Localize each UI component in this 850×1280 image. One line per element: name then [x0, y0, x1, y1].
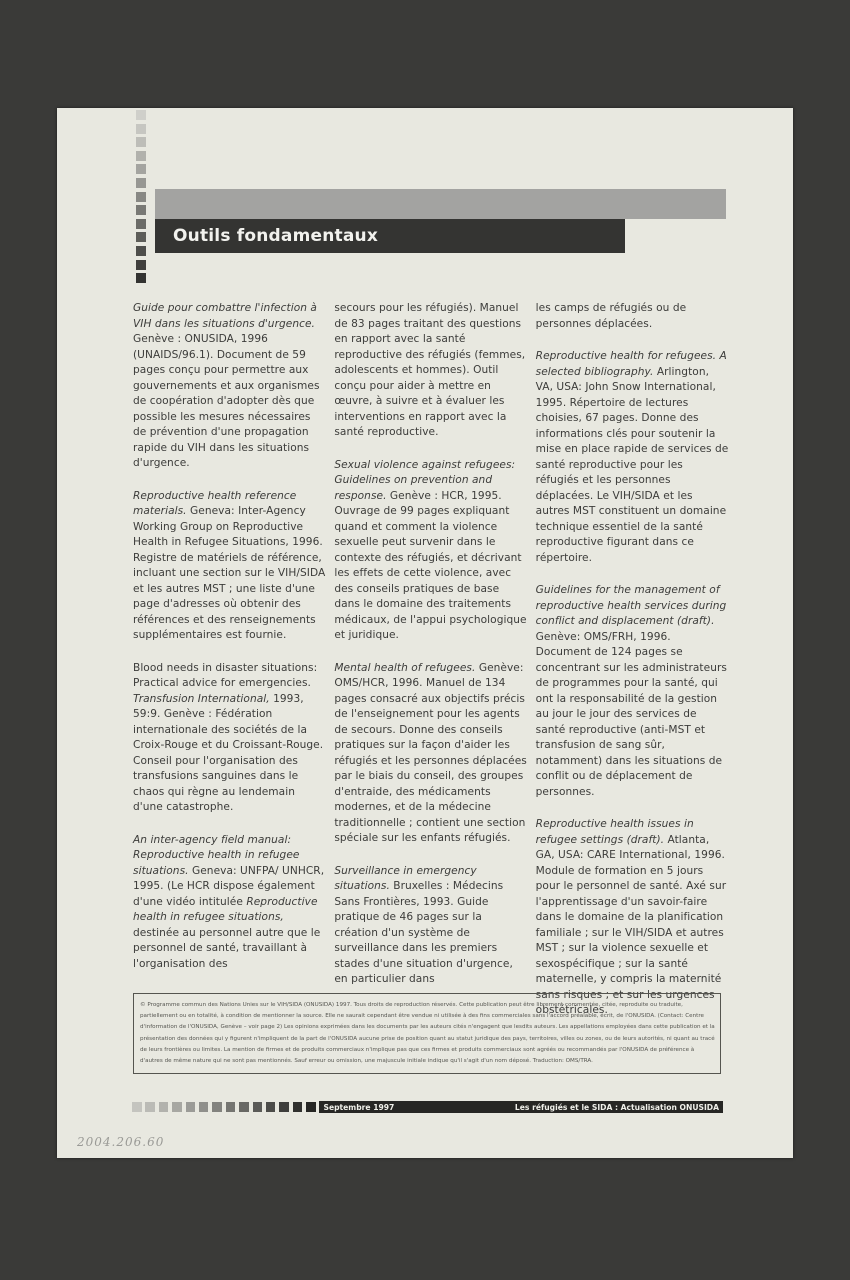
decor-square	[136, 110, 146, 120]
page-footer: Septembre 1997 Les réfugiés et le SIDA :…	[132, 1101, 723, 1113]
footer-decor-square	[145, 1102, 155, 1112]
copyright-text: © Programme commun des Nations Unies sur…	[140, 1002, 715, 1064]
footer-date: Septembre 1997	[323, 1103, 394, 1112]
reference-entry: Reproductive health issues in refugee se…	[536, 817, 729, 1019]
decor-square	[136, 192, 146, 202]
entry-journal: Transfusion International,	[133, 693, 270, 705]
footer-decor-square	[226, 1102, 236, 1112]
footer-decor-square	[306, 1102, 316, 1112]
reference-entry: Guidelines for the management of reprodu…	[536, 583, 729, 800]
footer-decor-square	[239, 1102, 249, 1112]
handwritten-catalog-number: 2004.206.60	[77, 1135, 164, 1149]
column-3: les camps de réfugiés ou de personnes dé…	[536, 301, 729, 1036]
header-gray-band	[155, 189, 726, 219]
reference-entry: Reproductive health for refugees. A sele…	[536, 349, 729, 566]
decor-square	[136, 205, 146, 215]
header-title-bar: Outils fondamentaux	[155, 219, 625, 253]
footer-decor-square	[132, 1102, 142, 1112]
footer-decor-square	[172, 1102, 182, 1112]
footer-decor-square	[266, 1102, 276, 1112]
copyright-notice: © Programme commun des Nations Unies sur…	[133, 993, 721, 1074]
decor-square	[136, 151, 146, 161]
reference-entry: Blood needs in disaster situations: Prac…	[133, 661, 326, 816]
reference-columns: Guide pour combattre l'infection à VIH d…	[133, 301, 729, 1036]
page-title: Outils fondamentaux	[155, 226, 378, 246]
reference-entry: An inter-agency field manual: Reproducti…	[133, 833, 326, 973]
footer-decor-square	[186, 1102, 196, 1112]
entry-description: Arlington, VA, USA: John Snow Internatio…	[536, 366, 729, 564]
entry-description: Genève: OMS/HCR, 1996. Manuel de 134 pag…	[334, 662, 527, 845]
entry-description: 1993, 59:9. Genève : Fédération internat…	[133, 693, 323, 814]
reference-entry: Reproductive health reference materials.…	[133, 489, 326, 644]
footer-decor-square	[293, 1102, 303, 1112]
document-page: Outils fondamentaux Guide pour combattre…	[57, 108, 793, 1158]
reference-entry: Mental health of refugees. Genève: OMS/H…	[334, 661, 527, 847]
reference-entry-continued: secours pour les réfugiés). Manuel de 83…	[334, 301, 527, 441]
entry-title: Guidelines for the management of reprodu…	[536, 584, 727, 627]
footer-publication: Les réfugiés et le SIDA : Actualisation …	[515, 1103, 719, 1112]
entry-description: Bruxelles : Médecins Sans Frontières, 19…	[334, 880, 513, 985]
footer-decor-square	[279, 1102, 289, 1112]
decor-square	[136, 260, 146, 270]
footer-decor-square	[199, 1102, 209, 1112]
entry-description: Genève : HCR, 1995. Ouvrage de 99 pages …	[334, 490, 526, 642]
decor-square	[136, 178, 146, 188]
decor-square	[136, 164, 146, 174]
entry-title: Blood needs in disaster situations: Prac…	[133, 662, 317, 690]
entry-description-continued: destinée au personnel autre que le perso…	[133, 927, 320, 970]
decor-square	[136, 137, 146, 147]
decor-square	[136, 246, 146, 256]
footer-decor-square	[159, 1102, 169, 1112]
entry-description: Genève: OMS/FRH, 1996. Document de 124 p…	[536, 631, 727, 798]
decor-square	[136, 219, 146, 229]
footer-decor-square	[212, 1102, 222, 1112]
entry-description: les camps de réfugiés ou de personnes dé…	[536, 302, 687, 330]
entry-description: Geneva: Inter-Agency Working Group on Re…	[133, 505, 325, 641]
entry-title: Guide pour combattre l'infection à VIH d…	[133, 302, 317, 330]
reference-entry: Sexual violence against refugees: Guidel…	[334, 458, 527, 644]
entry-title: Mental health of refugees.	[334, 662, 475, 674]
footer-decor-square	[253, 1102, 263, 1112]
decorative-square-column	[136, 110, 146, 287]
decor-square	[136, 273, 146, 283]
decor-square	[136, 124, 146, 134]
decor-square	[136, 232, 146, 242]
entry-description: secours pour les réfugiés). Manuel de 83…	[334, 302, 525, 438]
column-1: Guide pour combattre l'infection à VIH d…	[133, 301, 326, 1036]
entry-description: Atlanta, GA, USA: CARE International, 19…	[536, 834, 726, 1017]
reference-entry: Surveillance in emergency situations. Br…	[334, 864, 527, 988]
entry-description: Genève : ONUSIDA, 1996 (UNAIDS/96.1). Do…	[133, 333, 320, 469]
reference-entry-continued: les camps de réfugiés ou de personnes dé…	[536, 301, 729, 332]
column-2: secours pour les réfugiés). Manuel de 83…	[334, 301, 527, 1036]
reference-entry: Guide pour combattre l'infection à VIH d…	[133, 301, 326, 472]
footer-bar: Septembre 1997 Les réfugiés et le SIDA :…	[319, 1101, 723, 1113]
